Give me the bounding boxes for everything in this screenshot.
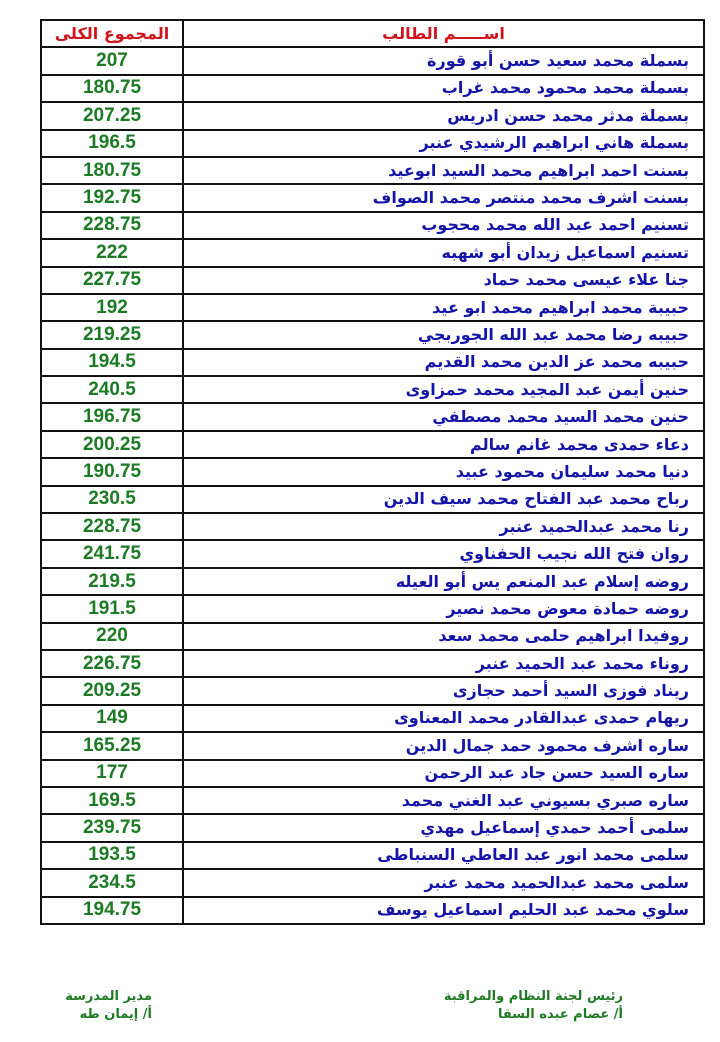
student-name-cell: بسنت اشرف محمد منتصر محمد الصواف	[183, 184, 704, 211]
total-score-cell: 241.75	[41, 540, 183, 567]
table-row: 239.75سلمى أحمد حمدي إسماعيل مهدي	[41, 814, 704, 841]
student-name-cell: بسملة هاني ابراهيم الرشيدي عنبر	[183, 130, 704, 157]
table-row: 228.75تسنيم احمد عبد الله محمد محجوب	[41, 212, 704, 239]
table-row: 207.25بسملة مدثر محمد حسن ادريس	[41, 102, 704, 129]
student-name-cell: سلمى محمد عبدالحميد محمد عنبر	[183, 869, 704, 896]
student-name-cell: تسنيم احمد عبد الله محمد محجوب	[183, 212, 704, 239]
student-name-cell: حنين محمد السيد محمد مصطفي	[183, 403, 704, 430]
total-score-cell: 220	[41, 623, 183, 650]
student-name-cell: حبيبه رضا محمد عبد الله الجوربجي	[183, 321, 704, 348]
student-name-cell: حبيبة محمد ابراهيم محمد ابو عيد	[183, 294, 704, 321]
committee-signature: رئيس لجنة النظام والمراقبة أ/ عصام عبده …	[444, 988, 623, 1024]
student-name-cell: بسملة محمد محمود محمد غراب	[183, 75, 704, 102]
committee-title: رئيس لجنة النظام والمراقبة	[444, 988, 623, 1006]
table-row: 241.75روان فتح الله نجيب الحفناوي	[41, 540, 704, 567]
table-row: 220روفيدا ابراهيم حلمى محمد سعد	[41, 623, 704, 650]
student-name-cell: رباح محمد عبد الفتاح محمد سيف الدين	[183, 486, 704, 513]
results-sheet: المجموع الكلى اســـــم الطالب 207بسملة م…	[40, 19, 703, 925]
results-table: المجموع الكلى اســـــم الطالب 207بسملة م…	[40, 19, 705, 925]
table-row: 227.75جنا علاء عيسى محمد حماد	[41, 267, 704, 294]
table-row: 228.75رنا محمد عبدالحميد عنبر	[41, 513, 704, 540]
student-name-cell: روضه إسلام عبد المنعم يس أبو العيله	[183, 568, 704, 595]
principal-title: مدير المدرسة	[65, 988, 152, 1006]
total-score-cell: 192.75	[41, 184, 183, 211]
total-score-cell: 227.75	[41, 267, 183, 294]
total-score-cell: 240.5	[41, 376, 183, 403]
student-name-cell: ساره اشرف محمود حمد جمال الدين	[183, 732, 704, 759]
table-row: 230.5رباح محمد عبد الفتاح محمد سيف الدين	[41, 486, 704, 513]
student-name-cell: بسنت احمد ابراهيم محمد السيد ابوعيد	[183, 157, 704, 184]
total-score-cell: 196.75	[41, 403, 183, 430]
student-name-cell: بسملة مدثر محمد حسن ادريس	[183, 102, 704, 129]
student-name-cell: سلوي محمد عبد الحليم اسماعيل يوسف	[183, 897, 704, 924]
total-score-cell: 219.5	[41, 568, 183, 595]
total-score-cell: 207	[41, 47, 183, 74]
principal-signature: مدير المدرسة أ/ إيمان طه	[65, 988, 152, 1024]
total-score-cell: 196.5	[41, 130, 183, 157]
table-row: 192حبيبة محمد ابراهيم محمد ابو عيد	[41, 294, 704, 321]
student-name-cell: بسملة محمد سعيد حسن أبو قورة	[183, 47, 704, 74]
total-score-cell: 239.75	[41, 814, 183, 841]
student-name-cell: ريناد فوزى السيد أحمد حجازى	[183, 677, 704, 704]
total-score-cell: 200.25	[41, 431, 183, 458]
total-score-cell: 228.75	[41, 212, 183, 239]
table-row: 219.5روضه إسلام عبد المنعم يس أبو العيله	[41, 568, 704, 595]
total-score-cell: 207.25	[41, 102, 183, 129]
student-name-cell: رنا محمد عبدالحميد عنبر	[183, 513, 704, 540]
table-row: 180.75بسملة محمد محمود محمد غراب	[41, 75, 704, 102]
total-score-cell: 149	[41, 705, 183, 732]
table-row: 196.75حنين محمد السيد محمد مصطفي	[41, 403, 704, 430]
total-score-cell: 194.75	[41, 897, 183, 924]
table-row: 194.5حبيبه محمد عز الدين محمد القديم	[41, 349, 704, 376]
total-score-cell: 219.25	[41, 321, 183, 348]
table-row: 192.75بسنت اشرف محمد منتصر محمد الصواف	[41, 184, 704, 211]
total-score-cell: 222	[41, 239, 183, 266]
total-score-cell: 191.5	[41, 595, 183, 622]
table-row: 196.5بسملة هاني ابراهيم الرشيدي عنبر	[41, 130, 704, 157]
total-score-cell: 228.75	[41, 513, 183, 540]
student-name-cell: حنين أيمن عبد المجيد محمد حمزاوى	[183, 376, 704, 403]
student-name-cell: جنا علاء عيسى محمد حماد	[183, 267, 704, 294]
table-header-row: المجموع الكلى اســـــم الطالب	[41, 20, 704, 47]
table-row: 222تسنيم اسماعيل زيدان أبو شهبه	[41, 239, 704, 266]
table-row: 226.75روناء محمد عبد الحميد عنبر	[41, 650, 704, 677]
table-row: 234.5سلمى محمد عبدالحميد محمد عنبر	[41, 869, 704, 896]
student-name-cell: روضه حمادة معوض محمد نصير	[183, 595, 704, 622]
student-name-cell: ساره السيد حسن جاد عبد الرحمن	[183, 760, 704, 787]
table-row: 190.75دنيا محمد سليمان محمود عبيد	[41, 458, 704, 485]
student-name-cell: روناء محمد عبد الحميد عنبر	[183, 650, 704, 677]
table-row: 169.5ساره صبري بسيوني عبد الغني محمد	[41, 787, 704, 814]
table-row: 165.25ساره اشرف محمود حمد جمال الدين	[41, 732, 704, 759]
total-score-cell: 165.25	[41, 732, 183, 759]
table-row: 177ساره السيد حسن جاد عبد الرحمن	[41, 760, 704, 787]
table-row: 193.5سلمى محمد انور عبد العاطي السنباطى	[41, 842, 704, 869]
total-score-cell: 209.25	[41, 677, 183, 704]
total-score-cell: 177	[41, 760, 183, 787]
student-name-cell: دعاء حمدى محمد غانم سالم	[183, 431, 704, 458]
total-score-cell: 192	[41, 294, 183, 321]
header-student-name: اســـــم الطالب	[183, 20, 704, 47]
total-score-cell: 193.5	[41, 842, 183, 869]
total-score-cell: 226.75	[41, 650, 183, 677]
table-row: 194.75سلوي محمد عبد الحليم اسماعيل يوسف	[41, 897, 704, 924]
header-total-score: المجموع الكلى	[41, 20, 183, 47]
table-row: 209.25ريناد فوزى السيد أحمد حجازى	[41, 677, 704, 704]
committee-name: أ/ عصام عبده السقا	[444, 1006, 623, 1024]
table-row: 149ريهام حمدى عبدالقادر محمد المعناوى	[41, 705, 704, 732]
student-name-cell: سلمى أحمد حمدي إسماعيل مهدي	[183, 814, 704, 841]
total-score-cell: 190.75	[41, 458, 183, 485]
principal-name: أ/ إيمان طه	[65, 1006, 152, 1024]
student-name-cell: ساره صبري بسيوني عبد الغني محمد	[183, 787, 704, 814]
table-row: 219.25حبيبه رضا محمد عبد الله الجوربجي	[41, 321, 704, 348]
table-row: 240.5حنين أيمن عبد المجيد محمد حمزاوى	[41, 376, 704, 403]
total-score-cell: 169.5	[41, 787, 183, 814]
student-name-cell: روفيدا ابراهيم حلمى محمد سعد	[183, 623, 704, 650]
table-row: 207بسملة محمد سعيد حسن أبو قورة	[41, 47, 704, 74]
total-score-cell: 230.5	[41, 486, 183, 513]
table-row: 191.5روضه حمادة معوض محمد نصير	[41, 595, 704, 622]
student-name-cell: حبيبه محمد عز الدين محمد القديم	[183, 349, 704, 376]
total-score-cell: 234.5	[41, 869, 183, 896]
student-name-cell: سلمى محمد انور عبد العاطي السنباطى	[183, 842, 704, 869]
student-name-cell: ريهام حمدى عبدالقادر محمد المعناوى	[183, 705, 704, 732]
table-body: 207بسملة محمد سعيد حسن أبو قورة180.75بسم…	[41, 47, 704, 924]
student-name-cell: تسنيم اسماعيل زيدان أبو شهبه	[183, 239, 704, 266]
total-score-cell: 194.5	[41, 349, 183, 376]
table-row: 200.25دعاء حمدى محمد غانم سالم	[41, 431, 704, 458]
student-name-cell: دنيا محمد سليمان محمود عبيد	[183, 458, 704, 485]
total-score-cell: 180.75	[41, 75, 183, 102]
table-row: 180.75بسنت احمد ابراهيم محمد السيد ابوعي…	[41, 157, 704, 184]
student-name-cell: روان فتح الله نجيب الحفناوي	[183, 540, 704, 567]
total-score-cell: 180.75	[41, 157, 183, 184]
